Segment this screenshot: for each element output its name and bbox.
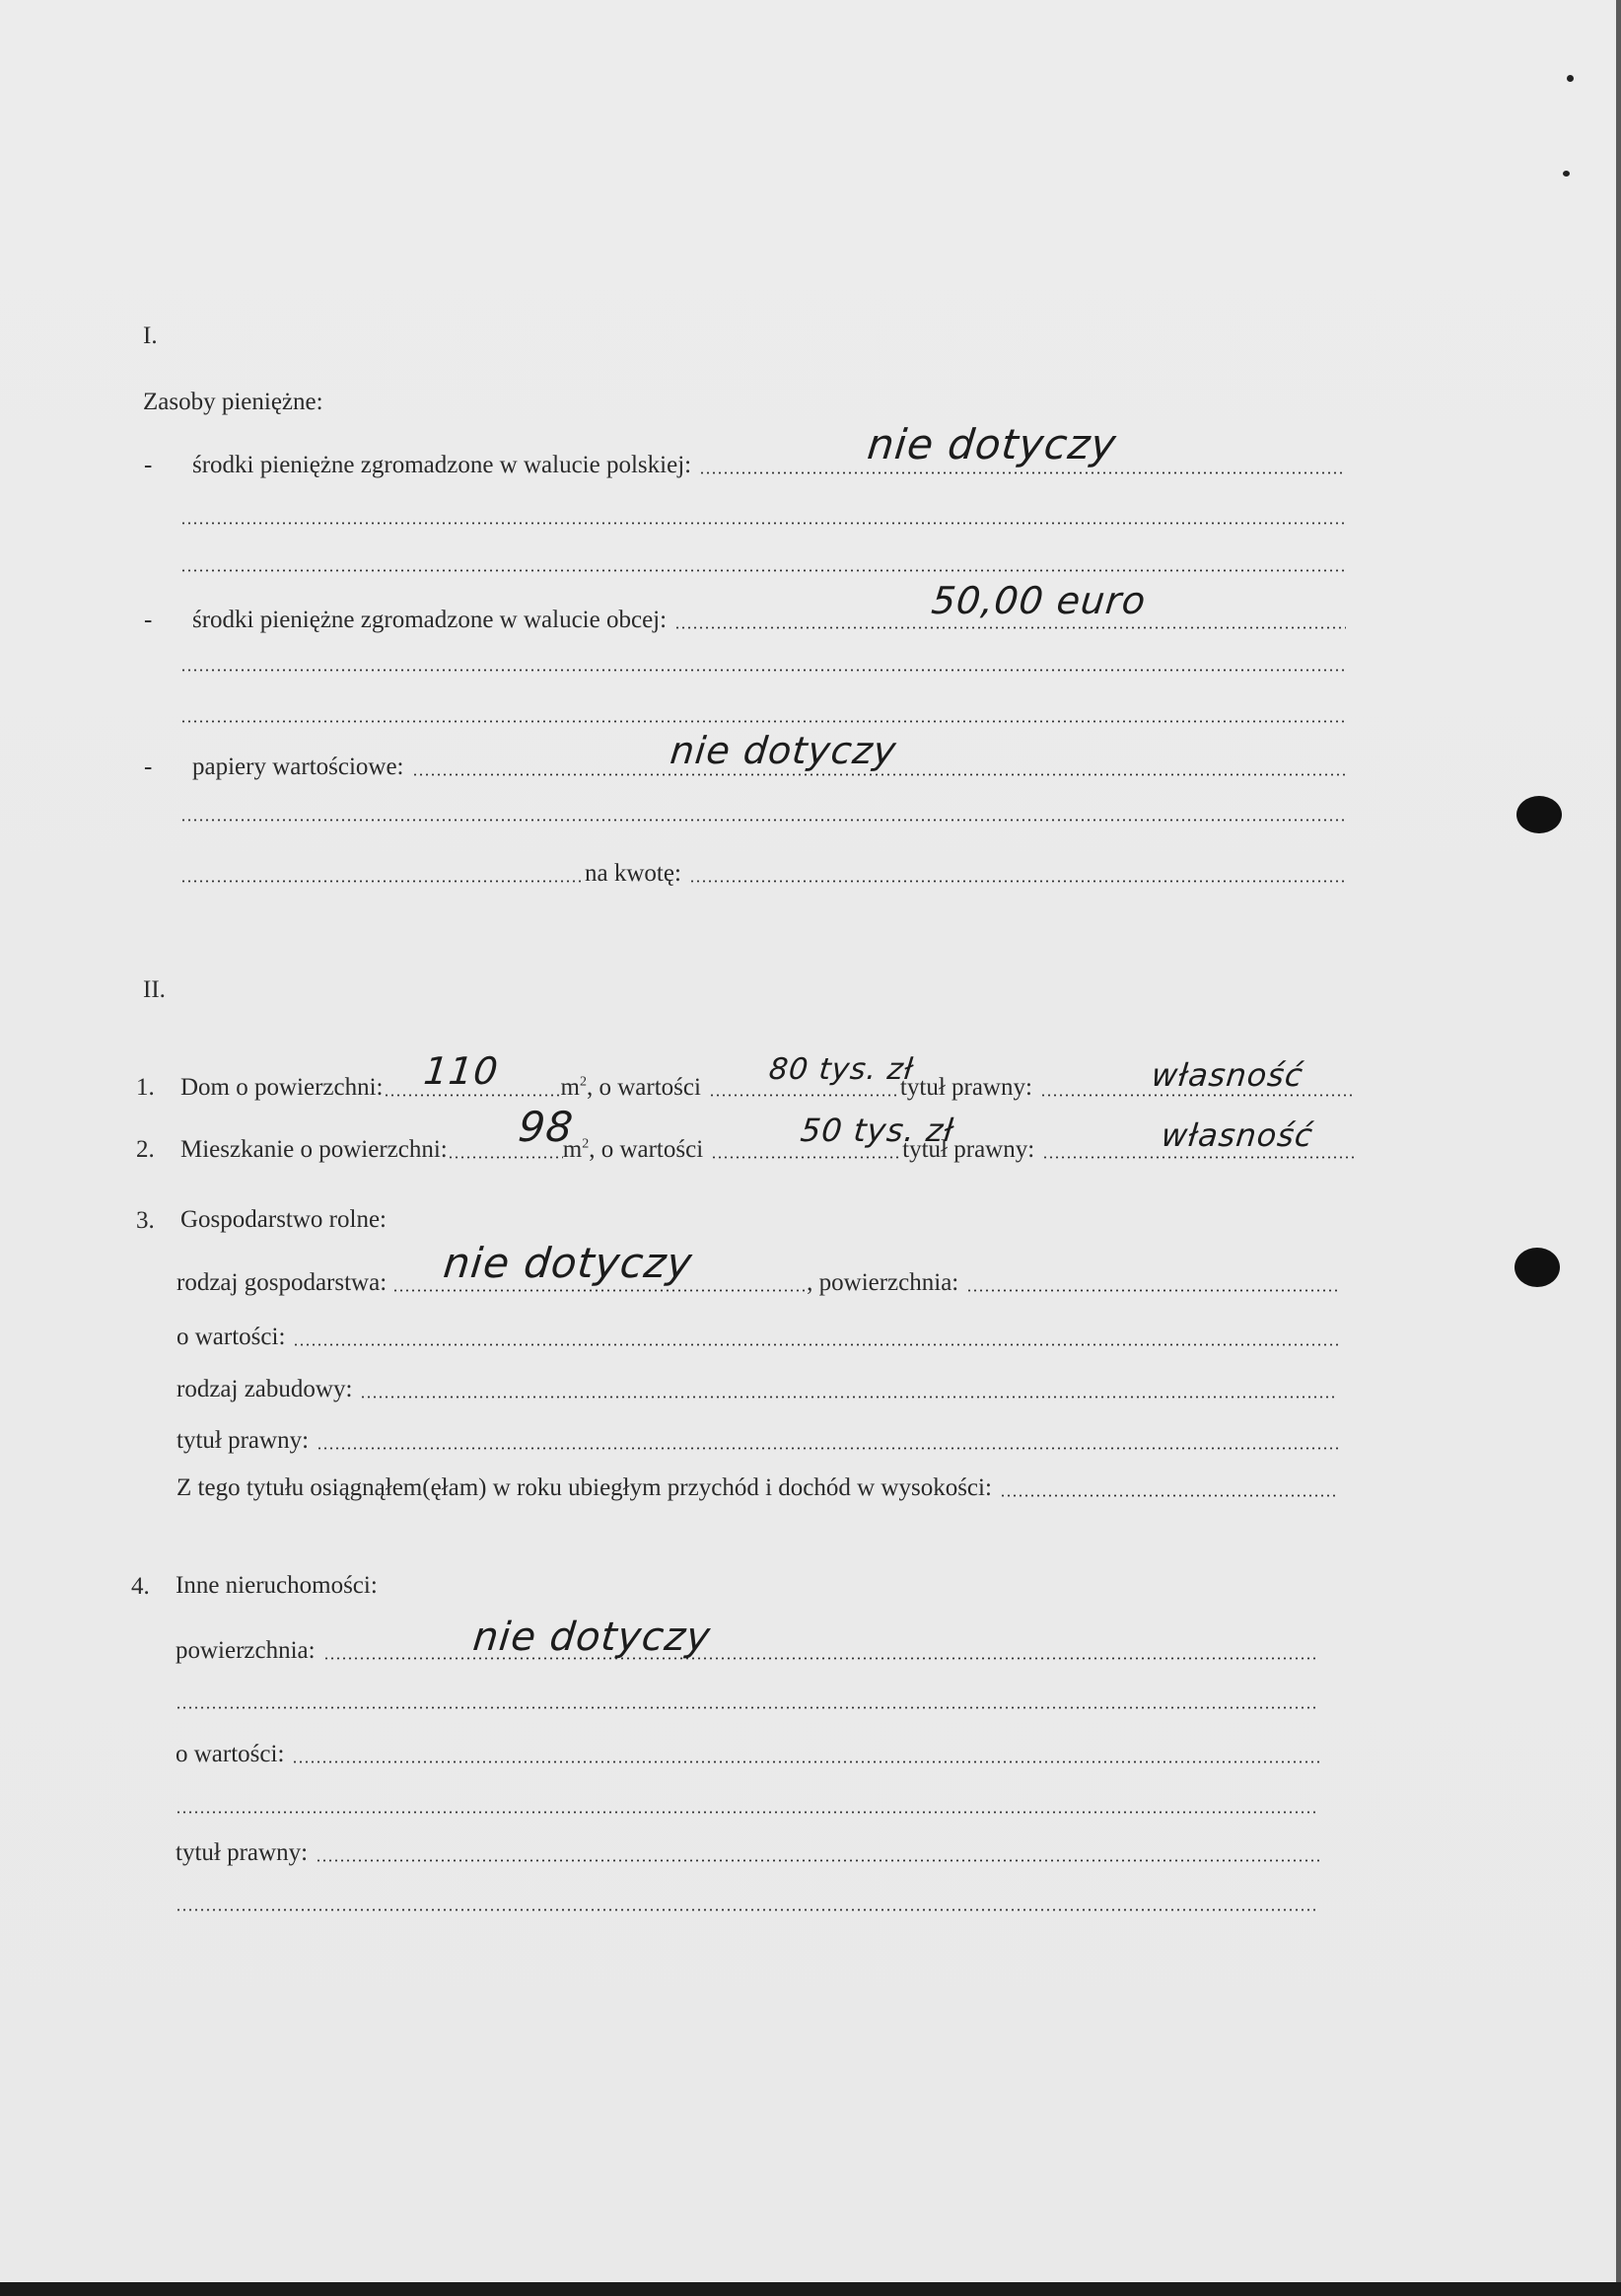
field-label: o wartości:	[176, 1324, 285, 1351]
field-label: Z tego tytułu osiągnąłem(ęłam) w roku ub…	[176, 1474, 992, 1502]
dotted-line[interactable]	[180, 669, 1346, 672]
item-number: 1.	[136, 1074, 155, 1102]
field-label: Mieszkanie o powierzchni:	[180, 1136, 448, 1164]
item-farm-title: Gospodarstwo rolne:	[180, 1207, 387, 1232]
field-other-area[interactable]: powierzchnia:	[176, 1637, 1319, 1665]
item-other-property-title: Inne nieruchomości:	[176, 1573, 378, 1598]
item-number: 2.	[136, 1136, 155, 1164]
field-label: tytuł prawny:	[176, 1427, 309, 1455]
unit-sup: 2	[580, 1075, 587, 1090]
handwritten-title: własność	[1160, 1119, 1314, 1151]
dotted-line	[689, 880, 1346, 883]
item-number: 4.	[131, 1573, 150, 1601]
dotted-line	[674, 626, 1346, 629]
bullet: -	[144, 452, 152, 479]
page-edge-bottom	[0, 2282, 1621, 2296]
handwritten-value: 80 tys. zł	[767, 1055, 914, 1085]
unit: m	[561, 1074, 580, 1101]
field-label: papiery wartościowe:	[192, 753, 404, 781]
handwritten-area: 98	[517, 1107, 576, 1148]
field-label: Dom o powierzchni:	[180, 1074, 384, 1102]
dotted-line[interactable]	[180, 522, 1346, 525]
value-label: , o wartości	[589, 1136, 703, 1164]
handwritten-title: własność	[1150, 1059, 1304, 1091]
title-label: tytuł prawny:	[900, 1074, 1032, 1102]
dotted-line	[392, 1289, 807, 1292]
section-1-heading: I.	[143, 323, 158, 350]
dotted-line	[709, 1094, 896, 1097]
dotted-line	[317, 1447, 1338, 1450]
field-label: środki pieniężne zgromadzone w walucie p…	[192, 452, 691, 479]
dotted-line[interactable]	[180, 819, 1346, 822]
field-farm-type[interactable]: rodzaj gospodarstwa: , powierzchnia:	[176, 1269, 1338, 1297]
section-1-title: Zasoby pieniężne:	[143, 390, 323, 414]
scan-speck	[1567, 75, 1574, 82]
field-polish-currency[interactable]: środki pieniężne zgromadzone w walucie p…	[192, 452, 1346, 479]
field-label: rodzaj zabudowy:	[176, 1376, 352, 1403]
page-edge-right	[1616, 0, 1621, 2282]
dotted-line	[292, 1760, 1319, 1763]
handwritten-value: nie dotyczy	[471, 1617, 713, 1657]
item-number: 3.	[136, 1207, 155, 1235]
dotted-line	[316, 1859, 1319, 1862]
dotted-line	[1040, 1094, 1354, 1097]
dotted-line	[384, 1094, 561, 1097]
field-farm-income[interactable]: Z tego tytułu osiągnąłem(ęłam) w roku ub…	[176, 1474, 1338, 1502]
field-farm-legal-title[interactable]: tytuł prawny:	[176, 1427, 1338, 1455]
field-label: powierzchnia:	[176, 1637, 316, 1665]
field-label: rodzaj gospodarstwa:	[176, 1269, 387, 1297]
value-label: , o wartości	[587, 1074, 701, 1102]
bullet: -	[144, 607, 152, 634]
field-other-worth[interactable]: o wartości:	[176, 1741, 1319, 1768]
field-label: środki pieniężne zgromadzone w walucie o…	[192, 607, 667, 634]
dotted-line	[412, 773, 1346, 776]
unit-sup: 2	[582, 1137, 589, 1152]
dotted-line	[699, 471, 1346, 474]
handwritten-value: nie dotyczy	[866, 424, 1119, 466]
section-2-heading: II.	[143, 976, 166, 1004]
field-foreign-currency[interactable]: środki pieniężne zgromadzone w walucie o…	[192, 607, 1346, 634]
handwritten-value: nie dotyczy	[442, 1243, 695, 1284]
dotted-line[interactable]	[180, 569, 1346, 572]
bullet: -	[144, 753, 152, 781]
field-label: o wartości:	[176, 1741, 284, 1768]
dotted-line[interactable]	[176, 1908, 1319, 1911]
handwritten-value: nie dotyczy	[669, 732, 898, 769]
handwritten-value: 50,00 euro	[930, 582, 1148, 619]
field-label: tytuł prawny:	[176, 1839, 308, 1867]
dotted-line	[966, 1289, 1338, 1292]
dotted-line[interactable]	[176, 1811, 1319, 1814]
dotted-line	[1042, 1156, 1354, 1159]
field-label: , powierzchnia:	[807, 1269, 958, 1297]
dotted-line[interactable]	[176, 1706, 1319, 1709]
handwritten-area: 110	[422, 1052, 501, 1090]
field-label: na kwotę:	[585, 860, 681, 888]
dotted-line	[448, 1156, 563, 1159]
dotted-line	[360, 1396, 1338, 1399]
dotted-line[interactable]	[180, 720, 1346, 723]
punch-hole	[1516, 796, 1562, 833]
unit-label: m2	[561, 1074, 587, 1102]
field-farm-buildings[interactable]: rodzaj zabudowy:	[176, 1376, 1338, 1403]
dotted-line	[180, 880, 585, 883]
field-securities-amount[interactable]: na kwotę:	[180, 860, 1346, 888]
dotted-line	[293, 1343, 1338, 1346]
handwritten-value: 50 tys. zł	[799, 1114, 955, 1146]
punch-hole	[1515, 1248, 1560, 1287]
scan-speck	[1563, 171, 1570, 177]
field-farm-worth[interactable]: o wartości:	[176, 1324, 1338, 1351]
dotted-line	[711, 1156, 898, 1159]
dotted-line	[1000, 1494, 1338, 1497]
field-other-legal-title[interactable]: tytuł prawny:	[176, 1839, 1319, 1867]
